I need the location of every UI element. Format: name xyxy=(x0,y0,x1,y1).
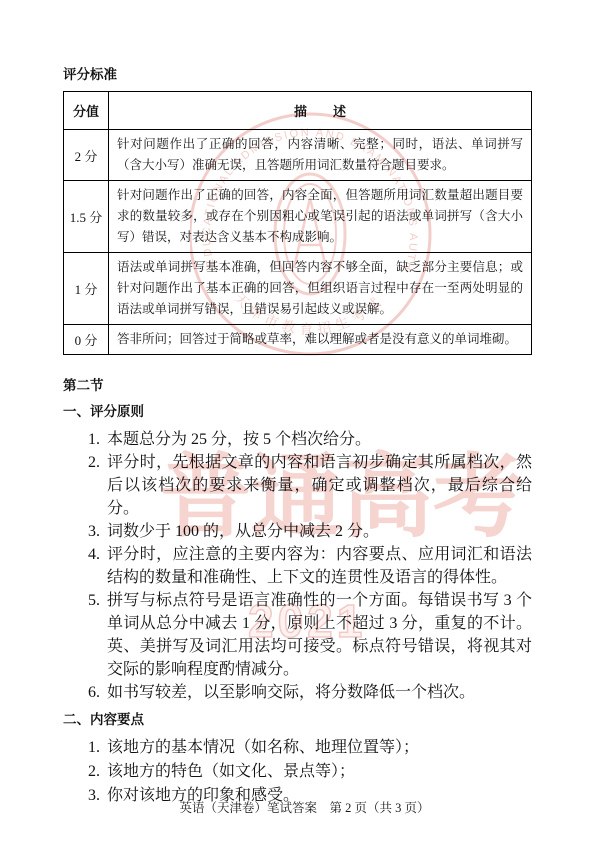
table-row: 1.5 分 针对问题作出了正确的回答，内容全面，但答题所用词汇数量超出题目要求的… xyxy=(64,181,532,253)
item-number: 2. xyxy=(88,451,100,474)
section-heading: 第二节 xyxy=(63,377,532,395)
item-text: 拼写与标点符号是语言准确性的一个方面。每错误书写 3 个单词从总分中减去 1 分… xyxy=(107,592,532,678)
score-description: 针对问题作出了正确的回答，内容全面，但答题所用词汇数量超出题目要求的数量较多，或… xyxy=(109,181,532,253)
item-text: 本题总分为 25 分，按 5 个档次给分。 xyxy=(107,431,371,448)
header-score: 分值 xyxy=(64,92,109,130)
item-text: 该地方的特色（如文化、景点等）； xyxy=(107,763,355,780)
item-number: 1. xyxy=(88,736,100,760)
scoring-table: 分值 描 述 2 分 针对问题作出了正确的回答，内容清晰、完整；同时，语法、单词… xyxy=(63,91,532,355)
list-item: 3. 词数少于 100 的，从总分中减去 2 分。 xyxy=(63,520,532,543)
document-body: 评分标准 分值 描 述 2 分 针对问题作出了正确的回答，内容清晰、完整；同时，… xyxy=(63,66,532,808)
table-row: 2 分 针对问题作出了正确的回答，内容清晰、完整；同时，语法、单词拼写（含大小写… xyxy=(64,130,532,181)
score-value: 2 分 xyxy=(64,130,109,181)
score-description: 答非所问；回答过于简略或草率，难以理解或者是没有意义的单词堆砌。 xyxy=(109,325,532,355)
item-number: 4. xyxy=(88,543,100,566)
score-description: 语法或单词拼写基本准确，但回答内容不够全面，缺乏部分主要信息；或针对问题作出了基… xyxy=(109,253,532,325)
item-text: 如书写较差，以至影响交际，将分数降低一个档次。 xyxy=(107,684,475,701)
score-value: 1 分 xyxy=(64,253,109,325)
item-number: 6. xyxy=(88,681,100,704)
header-desc: 描 述 xyxy=(109,92,532,130)
item-text: 评分时，先根据文章的内容和语言初步确定其所属档次，然后以该档次的要求来衡量，确定… xyxy=(107,454,532,517)
item-number: 5. xyxy=(88,589,100,612)
principles-list: 1. 本题总分为 25 分，按 5 个档次给分。 2. 评分时，先根据文章的内容… xyxy=(63,428,532,704)
list-item: 1. 本题总分为 25 分，按 5 个档次给分。 xyxy=(63,428,532,451)
score-value: 0 分 xyxy=(64,325,109,355)
list-item: 5. 拼写与标点符号是语言准确性的一个方面。每错误书写 3 个单词从总分中减去 … xyxy=(63,589,532,681)
item-number: 2. xyxy=(88,760,100,784)
score-value: 1.5 分 xyxy=(64,181,109,253)
page-title: 评分标准 xyxy=(63,66,532,84)
list-item: 1. 该地方的基本情况（如名称、地理位置等）； xyxy=(63,736,532,760)
item-text: 评分时，应注意的主要内容为：内容要点、应用词汇和语法结构的数量和准确性、上下文的… xyxy=(107,546,532,586)
item-text: 该地方的基本情况（如名称、地理位置等）； xyxy=(107,739,419,756)
item-text: 词数少于 100 的，从总分中减去 2 分。 xyxy=(107,523,379,540)
item-number: 1. xyxy=(88,428,100,451)
score-description: 针对问题作出了正确的回答，内容清晰、完整；同时，语法、单词拼写（含大小写）准确无… xyxy=(109,130,532,181)
list-item: 2. 评分时，先根据文章的内容和语言初步确定其所属档次，然后以该档次的要求来衡量… xyxy=(63,451,532,520)
list-item: 2. 该地方的特色（如文化、景点等）； xyxy=(63,760,532,784)
table-row: 1 分 语法或单词拼写基本准确，但回答内容不够全面，缺乏部分主要信息；或针对问题… xyxy=(64,253,532,325)
subsection-heading-points: 二、内容要点 xyxy=(63,711,532,729)
list-item: 6. 如书写较差，以至影响交际，将分数降低一个档次。 xyxy=(63,681,532,704)
table-row: 0 分 答非所问；回答过于简略或草率，难以理解或者是没有意义的单词堆砌。 xyxy=(64,325,532,355)
page-footer: 英语（天津卷）笔试答案 第 2 页（共 3 页） xyxy=(0,798,609,816)
list-item: 4. 评分时，应注意的主要内容为：内容要点、应用词汇和语法结构的数量和准确性、上… xyxy=(63,543,532,589)
table-header-row: 分值 描 述 xyxy=(64,92,532,130)
subsection-heading-principles: 一、评分原则 xyxy=(63,403,532,421)
item-number: 3. xyxy=(88,520,100,543)
